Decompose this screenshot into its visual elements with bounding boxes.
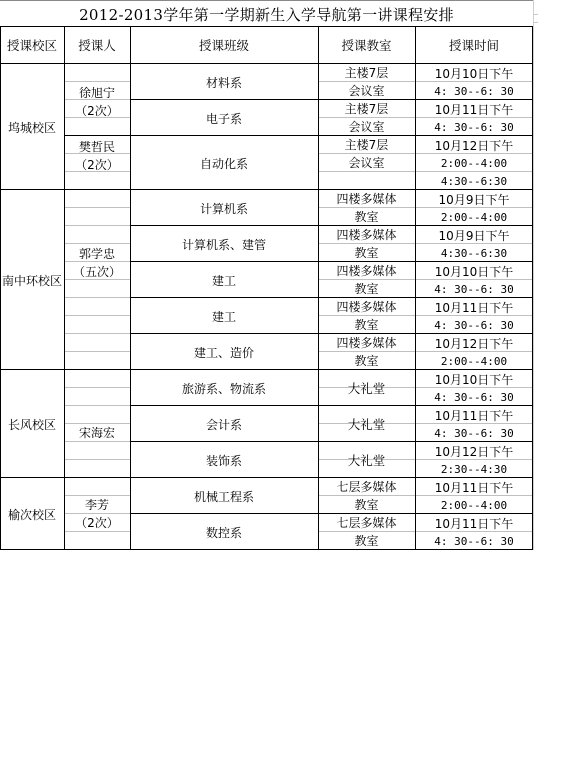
class-cell: 材料系 bbox=[130, 64, 318, 100]
time-range-line: 2:00--4:00 bbox=[415, 155, 533, 173]
room-line: 教室 bbox=[318, 208, 415, 226]
header-time: 授课时间 bbox=[415, 26, 533, 64]
gridline bbox=[64, 387, 130, 388]
class-cell: 机械工程系 bbox=[130, 478, 318, 514]
teacher-name: 樊哲民 bbox=[64, 138, 130, 156]
room-line: 四楼多媒体 bbox=[318, 262, 415, 280]
date-line: 10月10日下午 bbox=[415, 371, 533, 389]
border bbox=[0, 26, 1, 550]
room-line: 教室 bbox=[318, 352, 415, 370]
class-cell: 电子系 bbox=[130, 100, 318, 136]
border bbox=[130, 297, 533, 298]
room-line: 四楼多媒体 bbox=[318, 334, 415, 352]
border bbox=[532, 26, 533, 550]
gridline bbox=[64, 459, 130, 460]
border bbox=[130, 261, 533, 262]
room-line: 会议室 bbox=[318, 118, 415, 136]
class-cell: 计算机系、建管 bbox=[130, 226, 318, 262]
gridline-tick bbox=[533, 14, 538, 15]
date-line: 10月9日下午 bbox=[415, 227, 533, 245]
class-cell: 会计系 bbox=[130, 406, 318, 442]
gridline bbox=[64, 243, 130, 244]
room-line: 教室 bbox=[318, 496, 415, 514]
room-line: 四楼多媒体 bbox=[318, 190, 415, 208]
border bbox=[318, 26, 319, 550]
room-line: 教室 bbox=[318, 316, 415, 334]
date-line: 10月12日下午 bbox=[415, 335, 533, 353]
gridline bbox=[64, 225, 130, 226]
border bbox=[64, 26, 65, 550]
date-line: 10月12日下午 bbox=[415, 443, 533, 461]
border bbox=[130, 225, 533, 226]
gridline bbox=[64, 81, 130, 82]
border bbox=[130, 135, 533, 136]
border bbox=[130, 369, 533, 370]
date-line: 10月11日下午 bbox=[415, 479, 533, 497]
gridline bbox=[64, 333, 130, 334]
room-line: 教室 bbox=[318, 280, 415, 298]
campus-changfeng: 长风校区 bbox=[0, 370, 64, 478]
room-cell: 大礼堂 bbox=[318, 406, 415, 442]
class-cell: 装饰系 bbox=[130, 442, 318, 478]
teacher-name: 徐旭宁 bbox=[64, 84, 130, 102]
border bbox=[130, 99, 533, 100]
gridline bbox=[64, 405, 130, 406]
room-cell: 大礼堂 bbox=[318, 442, 415, 478]
border bbox=[64, 135, 130, 136]
border bbox=[130, 26, 131, 550]
class-cell: 数控系 bbox=[130, 514, 318, 550]
border bbox=[130, 333, 533, 334]
room-line: 教室 bbox=[318, 244, 415, 262]
date-line: 10月9日下午 bbox=[415, 191, 533, 209]
room-line: 会议室 bbox=[318, 82, 415, 100]
border bbox=[0, 63, 533, 64]
teacher-name: 李芳 bbox=[64, 496, 130, 514]
room-line: 七层多媒体 bbox=[318, 514, 415, 532]
date-line: 10月11日下午 bbox=[415, 515, 533, 533]
gridline bbox=[64, 315, 130, 316]
teacher-times: （五次） bbox=[64, 263, 130, 281]
page-title: 2012-2013学年第一学期新生入学导航第一讲课程安排 bbox=[0, 0, 533, 26]
class-cell: 旅游系、物流系 bbox=[130, 370, 318, 406]
campus-wucheng: 坞城校区 bbox=[0, 64, 64, 190]
gridline bbox=[64, 351, 130, 352]
class-cell: 自动化系 bbox=[130, 136, 318, 190]
date-line: 10月11日下午 bbox=[415, 407, 533, 425]
border bbox=[130, 477, 533, 478]
gridline bbox=[64, 207, 130, 208]
header-teacher: 授课人 bbox=[64, 26, 130, 64]
teacher-name: 宋海宏 bbox=[64, 424, 130, 442]
gridline-tick bbox=[533, 22, 538, 23]
room-line: 四楼多媒体 bbox=[318, 298, 415, 316]
room-line: 七层多媒体 bbox=[318, 478, 415, 496]
border bbox=[130, 549, 533, 550]
date-line: 10月10日下午 bbox=[415, 263, 533, 281]
date-line: 10月10日下午 bbox=[415, 65, 533, 83]
room-line: 教室 bbox=[318, 532, 415, 550]
teacher-times: （2次） bbox=[64, 102, 130, 120]
header-class: 授课班级 bbox=[130, 26, 318, 64]
class-cell: 建工 bbox=[130, 262, 318, 298]
spreadsheet: 2012-2013学年第一学期新生入学导航第一讲课程安排 授课校区 授课人 授课… bbox=[0, 0, 581, 778]
room-line: 四楼多媒体 bbox=[318, 226, 415, 244]
campus-yuci: 榆次校区 bbox=[0, 478, 64, 550]
campus-nanzhonghuan: 南中环校区 bbox=[0, 190, 64, 370]
teacher-name: 郭学忠 bbox=[64, 245, 130, 263]
room-cell: 大礼堂 bbox=[318, 370, 415, 406]
room-line: 主楼7层 bbox=[318, 64, 415, 82]
class-cell: 建工 bbox=[130, 298, 318, 334]
room-line: 会议室 bbox=[318, 154, 415, 172]
right-gridline bbox=[533, 0, 534, 550]
border bbox=[130, 441, 533, 442]
class-cell: 建工、造价 bbox=[130, 334, 318, 370]
border bbox=[130, 405, 533, 406]
date-line: 10月11日下午 bbox=[415, 299, 533, 317]
room-line: 主楼7层 bbox=[318, 100, 415, 118]
date-line: 10月12日下午 bbox=[415, 137, 533, 155]
teacher-times: （2次） bbox=[64, 514, 130, 532]
room-line: 主楼7层 bbox=[318, 136, 415, 154]
header-campus: 授课校区 bbox=[0, 26, 64, 64]
border bbox=[130, 189, 533, 190]
border bbox=[130, 513, 533, 514]
date-line: 10月11日下午 bbox=[415, 101, 533, 119]
border bbox=[415, 26, 416, 550]
teacher-times: （2次） bbox=[64, 156, 130, 174]
gridline bbox=[64, 297, 130, 298]
class-cell: 计算机系 bbox=[130, 190, 318, 226]
header-room: 授课教室 bbox=[318, 26, 415, 64]
border bbox=[0, 26, 533, 27]
